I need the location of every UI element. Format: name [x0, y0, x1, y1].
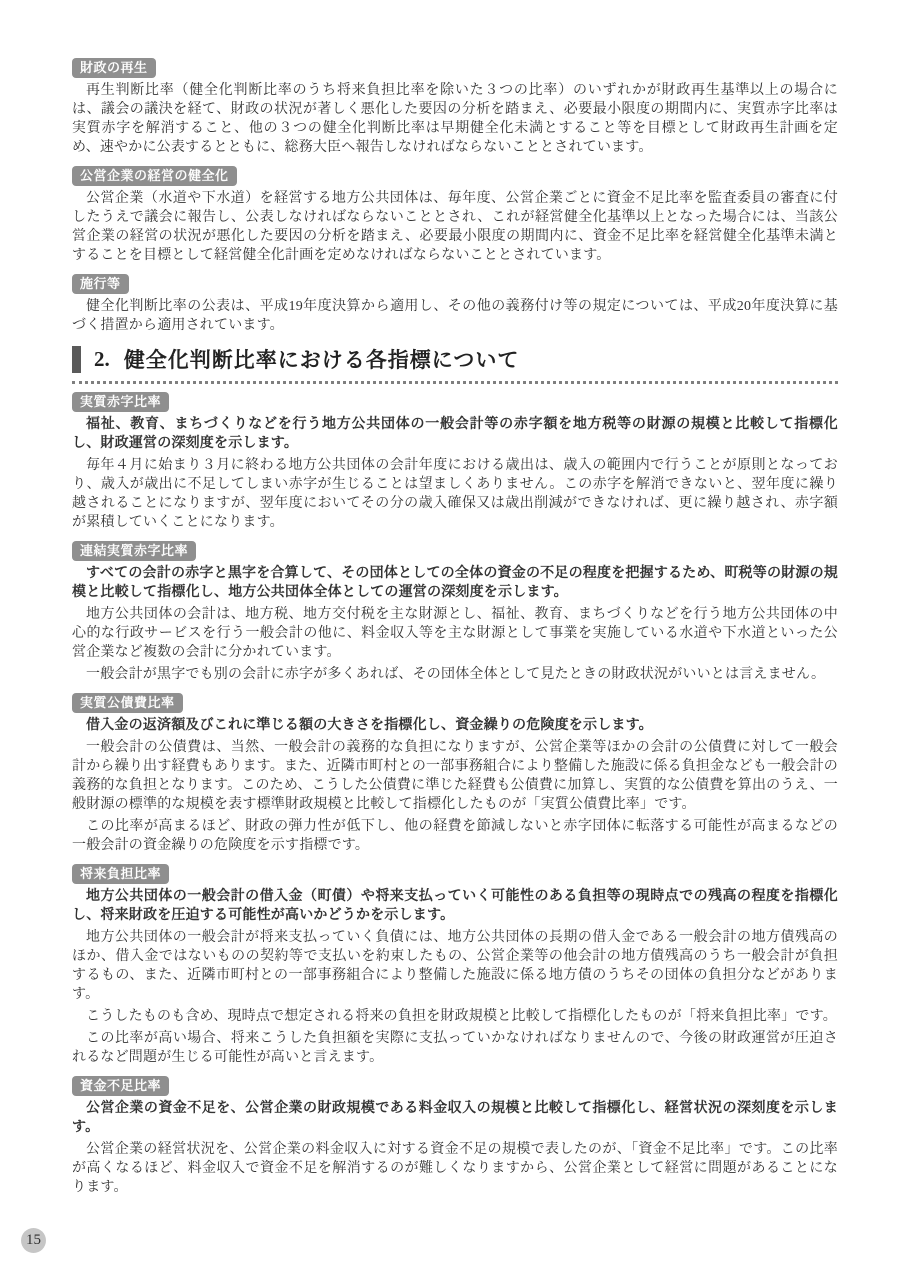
lead-paragraph: 地方公共団体の一般会計の借入金（町債）や将来支払っていく可能性のある負担等の現時…: [72, 887, 838, 925]
section-real-deficit-ratio: 実質赤字比率 福祉、教育、まちづくりなどを行う地方公共団体の一般会計等の赤字額を…: [72, 392, 838, 532]
heading-number: 2.: [94, 347, 110, 372]
section-label-badge: 公営企業の経営の健全化: [72, 166, 237, 186]
section-enforcement: 施行等 健全化判断比率の公表は、平成19年度決算から適用し、その他の義務付け等の…: [72, 274, 838, 335]
body-paragraph: 公営企業（水道や下水道）を経営する地方公共団体は、毎年度、公営企業ごとに資金不足…: [72, 189, 838, 265]
document-page: 財政の再生 再生判断比率（健全化判断比率のうち将来負担比率を除いた３つの比率）の…: [0, 0, 900, 1271]
body-paragraph: 毎年４月に始まり３月に終わる地方公共団体の会計年度における歳出は、歳入の範囲内で…: [72, 456, 838, 532]
section-fiscal-revitalization: 財政の再生 再生判断比率（健全化判断比率のうち将来負担比率を除いた３つの比率）の…: [72, 58, 838, 157]
section-label-badge: 資金不足比率: [72, 1076, 169, 1096]
section-consolidated-real-deficit-ratio: 連結実質赤字比率 すべての会計の赤字と黒字を合算して、その団体としての全体の資金…: [72, 541, 838, 684]
section-real-debt-service-ratio: 実質公債費比率 借入金の返済額及びこれに準じる額の大きさを指標化し、資金繰りの危…: [72, 693, 838, 855]
section-future-burden-ratio: 将来負担比率 地方公共団体の一般会計の借入金（町債）や将来支払っていく可能性のあ…: [72, 864, 838, 1067]
section-label-badge: 財政の再生: [72, 58, 156, 78]
page-number: 15: [21, 1228, 46, 1253]
body-paragraph: 一般会計が黒字でも別の会計に赤字が多くあれば、その団体全体として見たときの財政状…: [72, 665, 838, 684]
body-paragraph: 一般会計の公債費は、当然、一般会計の義務的な負担になりますが、公営企業等ほかの会…: [72, 738, 838, 814]
body-paragraph: 地方公共団体の一般会計が将来支払っていく負債には、地方公共団体の長期の借入金であ…: [72, 928, 838, 1004]
body-paragraph: 再生判断比率（健全化判断比率のうち将来負担比率を除いた３つの比率）のいずれかが財…: [72, 81, 838, 157]
body-paragraph: 健全化判断比率の公表は、平成19年度決算から適用し、その他の義務付け等の規定につ…: [72, 297, 838, 335]
body-paragraph: この比率が高まるほど、財政の弾力性が低下し、他の経費を節減しないと赤字団体に転落…: [72, 817, 838, 855]
lead-paragraph: 福祉、教育、まちづくりなどを行う地方公共団体の一般会計等の赤字額を地方税等の財源…: [72, 415, 838, 453]
body-paragraph: 地方公共団体の会計は、地方税、地方交付税を主な財源とし、福祉、教育、まちづくりな…: [72, 605, 838, 662]
section-public-enterprise-soundness: 公営企業の経営の健全化 公営企業（水道や下水道）を経営する地方公共団体は、毎年度…: [72, 166, 838, 265]
lead-paragraph: 公営企業の資金不足を、公営企業の財政規模である料金収入の規模と比較して指標化し、…: [72, 1099, 838, 1137]
body-paragraph: この比率が高い場合、将来こうした負担額を実際に支払っていかなければなりませんので…: [72, 1029, 838, 1067]
body-paragraph: こうしたものも含め、現時点で想定される将来の負担を財政規模と比較して指標化したも…: [72, 1007, 838, 1026]
lead-paragraph: すべての会計の赤字と黒字を合算して、その団体としての全体の資金の不足の程度を把握…: [72, 564, 838, 602]
body-paragraph: 公営企業の経営状況を、公営企業の料金収入に対する資金不足の規模で表したのが、「資…: [72, 1140, 838, 1197]
section-label-badge: 実質公債費比率: [72, 693, 183, 713]
lead-paragraph: 借入金の返済額及びこれに準じる額の大きさを指標化し、資金繰りの危険度を示します。: [72, 716, 838, 735]
section-label-badge: 実質赤字比率: [72, 392, 169, 412]
page-content: 財政の再生 再生判断比率（健全化判断比率のうち将来負担比率を除いた３つの比率）の…: [72, 58, 838, 1206]
section-label-badge: 施行等: [72, 274, 129, 294]
section-label-badge: 将来負担比率: [72, 864, 169, 884]
section-funds-shortage-ratio: 資金不足比率 公営企業の資金不足を、公営企業の財政規模である料金収入の規模と比較…: [72, 1076, 838, 1197]
heading-title: 健全化判断比率における各指標について: [124, 344, 520, 374]
heading-bar-icon: [72, 346, 81, 373]
section-label-badge: 連結実質赤字比率: [72, 541, 196, 561]
section-2-heading: 2. 健全化判断比率における各指標について: [72, 344, 838, 384]
